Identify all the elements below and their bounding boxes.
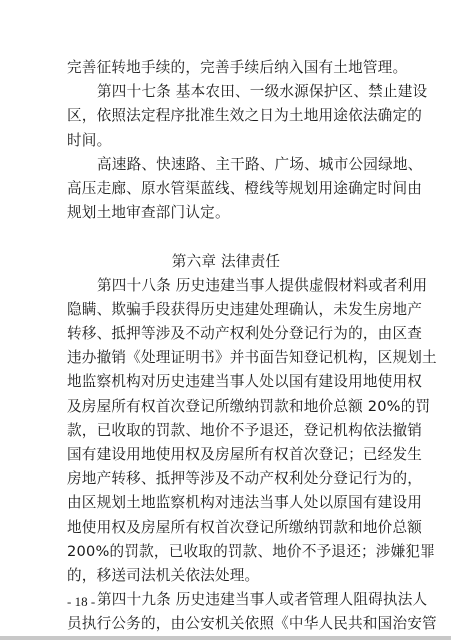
text-line: 隐瞒、欺骗手段获得历史违建处理确认，未发生房地产 [67, 298, 385, 322]
document-page: 完善征转地手续的，完善手续后纳入国有土地管理。 第四十七条 基本农田、一级水源保… [0, 0, 451, 636]
chapter-heading: 第六章 法律责任 [67, 250, 385, 274]
text-line: 转移、抵押等涉及不动产权利处分登记行为的，由区查 [67, 322, 385, 346]
text-line: 款，已收取的罚款、地价不予退还，登记机构依法撤销 [67, 419, 385, 443]
paragraph-start: 高速路、快速路、主干路、广场、城市公园绿地、 [67, 153, 385, 177]
page-number: - 18 - [67, 594, 95, 610]
document-body: 完善征转地手续的，完善手续后纳入国有土地管理。 第四十七条 基本农田、一级水源保… [67, 56, 385, 637]
text-line: 完善征转地手续的，完善手续后纳入国有土地管理。 [67, 56, 385, 80]
text-line: 违办撤销《处理证明书》并书面告知登记机构，区规划土 [67, 346, 385, 370]
article-47-start: 第四十七条 基本农田、一级水源保护区、禁止建设 [67, 80, 385, 104]
text-line: 高压走廊、原水管渠蓝线、橙线等规划用途确定时间由 [67, 177, 385, 201]
article-48-start: 第四十八条 历史违建当事人提供虚假材料或者利用 [67, 274, 385, 298]
text-line: 及房屋所有权首次登记所缴纳罚款和地价总额 20%的罚 [67, 395, 385, 419]
text-line: 房地产转移、抵押等涉及不动产权利处分登记行为的， [67, 467, 385, 491]
text-line: 地使用权及房屋所有权首次登记所缴纳罚款和地价总额 [67, 516, 385, 540]
text-line: 200%的罚款，已收取的罚款、地价不予退还；涉嫌犯罪 [67, 540, 385, 564]
text-line: 由区规划土地监察机构对违法当事人处以原国有建设用 [67, 491, 385, 515]
text-line: 区，依照法定程序批准生效之日为土地用途依法确定的 [67, 104, 385, 128]
text-line: 时间。 [67, 129, 385, 153]
blank-line [67, 225, 385, 249]
text-line: 员执行公务的，由公安机关依照《中华人民共和国治安管 [67, 612, 385, 636]
text-line: 国有建设用地使用权及房屋所有权首次登记；已经发生 [67, 443, 385, 467]
page-bottom-border [0, 636, 451, 640]
text-line: 规划土地审查部门认定。 [67, 201, 385, 225]
text-line: 地监察机构对历史违建当事人处以国有建设用地使用权 [67, 370, 385, 394]
article-49-start: 第四十九条 历史违建当事人或者管理人阻碍执法人 [67, 588, 385, 612]
text-line: 的，移送司法机关依法处理。 [67, 564, 385, 588]
